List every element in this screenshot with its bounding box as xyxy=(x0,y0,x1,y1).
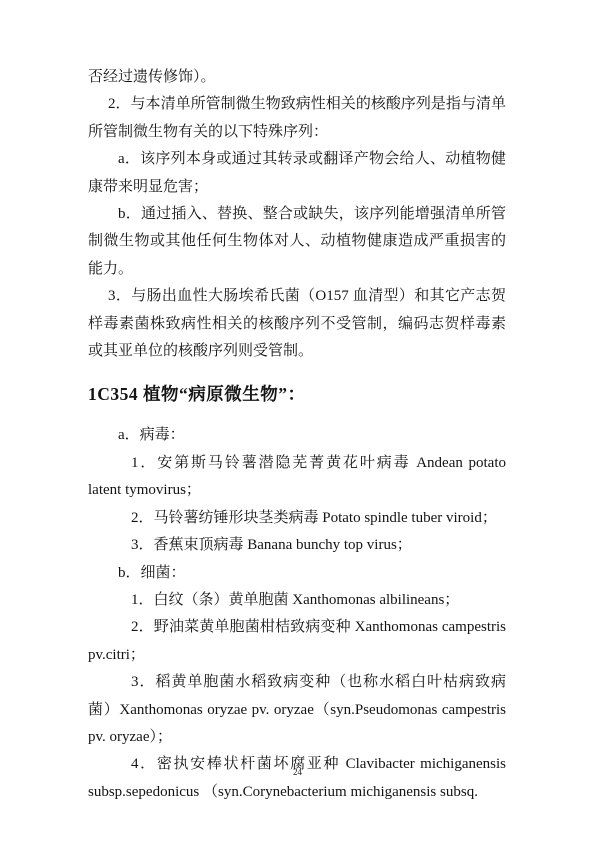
list-item: 4．密执安棒状杆菌坏腐亚种 Clavibacter michiganensis … xyxy=(88,751,506,806)
list-item: 1．安第斯马铃薯潜隐芜菁黄花叶病毒 Andean potato latent t… xyxy=(88,450,506,505)
list-item: 2．马铃薯纺锤形块茎类病毒 Potato spindle tuber viroi… xyxy=(88,505,506,532)
list-item: 1．白纹（条）黄单胞菌 Xanthomonas albilineans； xyxy=(88,587,506,614)
list-item: 3．香蕉束顶病毒 Banana bunchy top virus； xyxy=(88,532,506,559)
page-content: 否经过遗传修饰）。 2．与本清单所管制微生物致病性相关的核酸序列是指与清单所管制… xyxy=(88,64,506,806)
page-number: 24 xyxy=(0,766,595,778)
body-paragraph: b．通过插入、替换、整合或缺失，该序列能增强清单所管制微生物或其他任何生物体对人… xyxy=(88,201,506,283)
list-item: a．病毒： xyxy=(88,422,506,449)
body-paragraph: 2．与本清单所管制微生物致病性相关的核酸序列是指与清单所管制微生物有关的以下特殊… xyxy=(88,91,506,146)
list-item: 3．稻黄单胞菌水稻致病变种（也称水稻白叶枯病致病菌）Xanthomonas or… xyxy=(88,669,506,751)
body-paragraph: 3．与肠出血性大肠埃希氏菌（O157 血清型）和其它产志贺样毒素菌株致病性相关的… xyxy=(88,283,506,365)
list-item: 2．野油菜黄单胞菌柑桔致病变种 Xanthomonas campestris p… xyxy=(88,614,506,669)
document-page: 否经过遗传修饰）。 2．与本清单所管制微生物致病性相关的核酸序列是指与清单所管制… xyxy=(0,0,595,841)
body-paragraph: 否经过遗传修饰）。 xyxy=(88,64,506,91)
body-paragraph: a．该序列本身或通过其转录或翻译产物会给人、动植物健康带来明显危害； xyxy=(88,146,506,201)
section-heading: 1C354 植物“病原微生物”： xyxy=(88,381,506,407)
list-item: b．细菌： xyxy=(88,560,506,587)
